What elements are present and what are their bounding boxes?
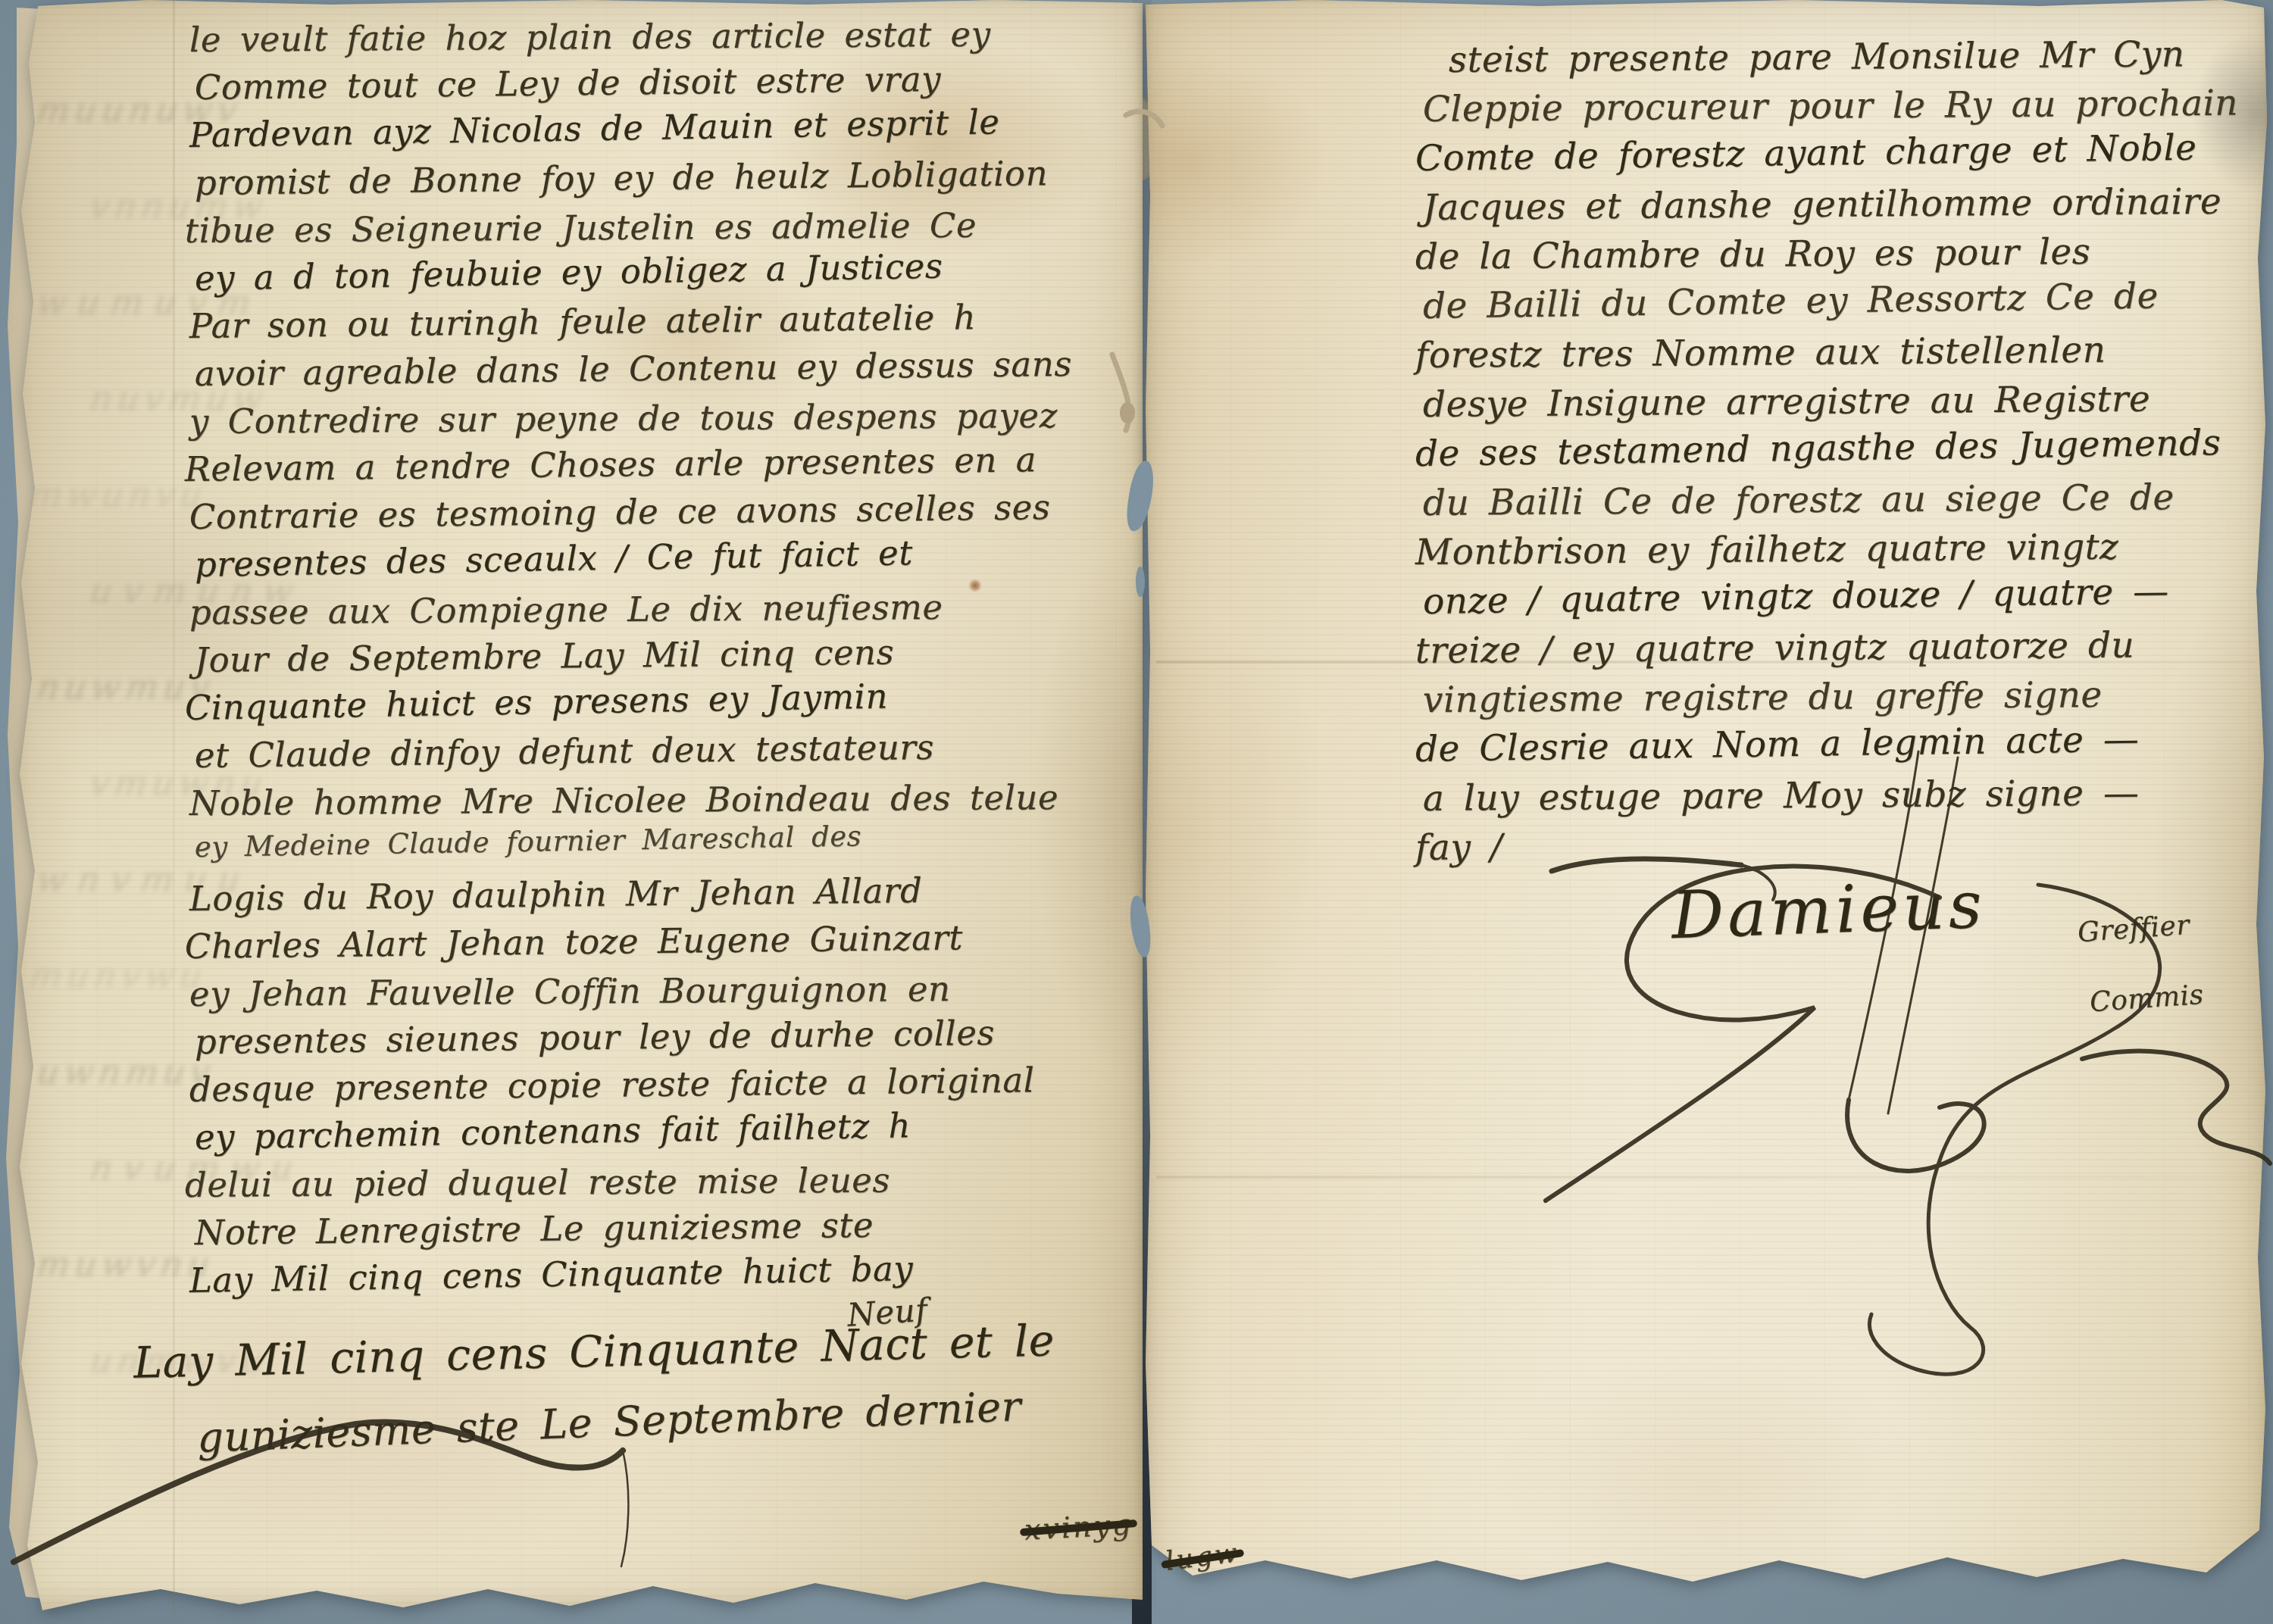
horizontal-crease <box>1156 1176 2255 1179</box>
manuscript-line: et Claude dinfoy defunt deux testateurs <box>195 725 1139 783</box>
struck-word: xvinyg <box>1024 1507 1133 1546</box>
left-page-text: le veult fatie hoz plain des article est… <box>189 20 1138 1308</box>
signature-name: Damieus <box>1670 867 1987 954</box>
manuscript-line: a luy estuge pare Moy subz signe — <box>1423 771 2262 827</box>
manuscript-line: Charles Alart Jehan toze Eugene Guinzart <box>185 916 1139 974</box>
right-page-text: steist presente pare Monsilue Mr Cyn Cle… <box>1415 39 2262 876</box>
manuscript-line: du Bailli Ce de forestz au siege Ce de <box>1423 476 2262 532</box>
manuscript-line: avoir agreable dans le Contenu ey dessus… <box>195 343 1139 401</box>
manuscript-line: promist de Bonne foy ey de heulz Lobliga… <box>195 152 1139 211</box>
manuscript-line: fay / <box>1415 820 2262 876</box>
manuscript-line: steist presente pare Monsilue Mr Cyn <box>1449 33 2262 89</box>
manuscript-photo: { "canvas": { "background_color": "#8397… <box>0 0 2273 1624</box>
manuscript-line: Jacques et danshe gentilhomme ordinaire <box>1423 180 2262 236</box>
manuscript-line: treize / ey quatre vingtz quatorze du <box>1415 623 2262 679</box>
manuscript-line: forestz tres Nomme aux tistellenlen <box>1415 328 2262 384</box>
